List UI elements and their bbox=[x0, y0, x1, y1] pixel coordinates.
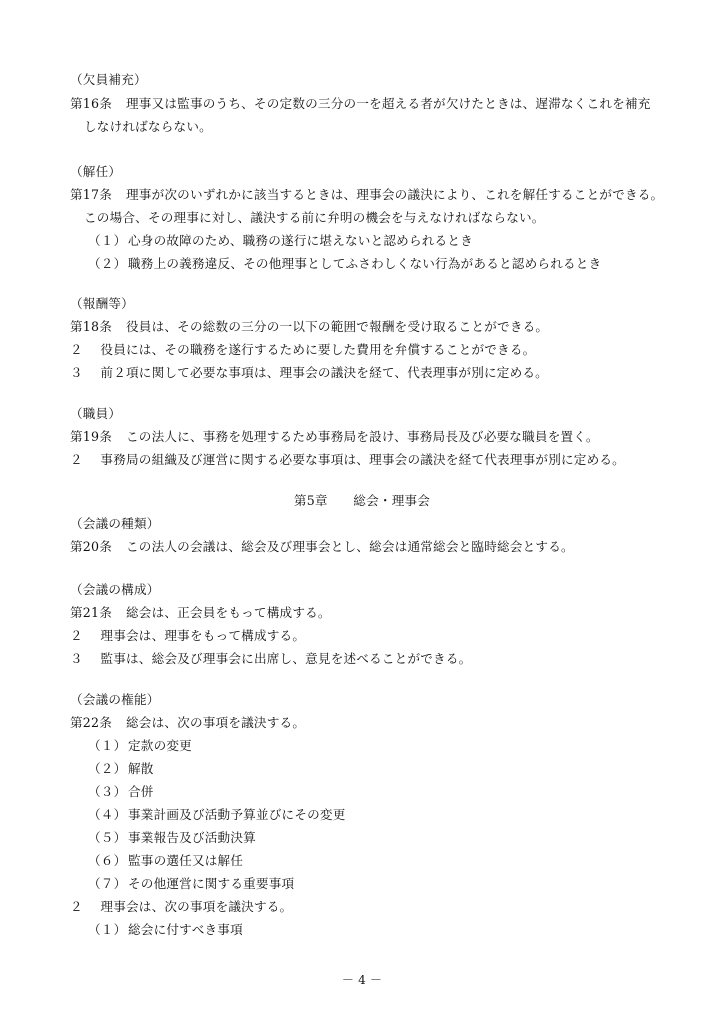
paragraph-number: ２ bbox=[70, 628, 92, 644]
list-item: （１）定款の変更 bbox=[88, 738, 192, 754]
section-heading: （欠員補充） bbox=[70, 72, 147, 88]
item-text: 事業報告及び活動決算 bbox=[128, 830, 256, 845]
item-number: （６） bbox=[88, 853, 128, 869]
item-text: 職務上の義務違反、その他理事としてふさわしくない行為があると認められるとき bbox=[128, 256, 601, 271]
article-line: 第22条総会は、次の事項を議決する。 bbox=[70, 715, 305, 731]
section-heading: （解任） bbox=[70, 164, 121, 180]
article-line: 第16条理事又は監事のうち、その定数の三分の一を超える者が欠けたときは、遅滞なく… bbox=[70, 96, 651, 112]
list-item: （６）監事の選任又は解任 bbox=[88, 853, 243, 869]
list-item: （５）事業報告及び活動決算 bbox=[88, 830, 256, 846]
article-text: 総会は、次の事項を議決する。 bbox=[126, 715, 305, 730]
article-line: 第17条理事が次のいずれかに該当するときは、理事会の議決により、これを解任するこ… bbox=[70, 187, 663, 203]
article-text: この法人の会議は、総会及び理事会とし、総会は通常総会と臨時総会とする。 bbox=[126, 539, 574, 554]
article-line: 第19条この法人に、事務を処理するため事務局を設け、事務局長及び必要な職員を置く… bbox=[70, 429, 599, 445]
item-text: 監事の選任又は解任 bbox=[128, 853, 243, 868]
item-number: （７） bbox=[88, 876, 128, 892]
article-continuation: しなければならない。 bbox=[84, 119, 212, 135]
item-text: 事業計画及び活動予算並びにその変更 bbox=[128, 807, 346, 822]
paragraph-text: 事務局の組織及び運営に関する必要な事項は、理事会の議決を経て代表理事が別に定める… bbox=[100, 452, 625, 467]
item-text: 定款の変更 bbox=[128, 738, 192, 753]
article-line: 第20条この法人の会議は、総会及び理事会とし、総会は通常総会と臨時総会とする。 bbox=[70, 539, 574, 555]
item-number: （２） bbox=[88, 761, 128, 777]
article-number: 第19条 bbox=[70, 429, 126, 445]
paragraph-number: ３ bbox=[70, 651, 92, 667]
section-heading: （会議の構成） bbox=[70, 582, 160, 598]
item-number: （５） bbox=[88, 830, 128, 846]
item-text: 心身の故障のため、職務の遂行に堪えないと認められるとき bbox=[128, 233, 473, 248]
section-heading: （職員） bbox=[70, 406, 121, 422]
article-text: 役員は、その総数の三分の一以下の範囲で報酬を受け取ることができる。 bbox=[126, 319, 548, 334]
chapter-title: 第5章 総会・理事会 bbox=[0, 493, 724, 509]
paragraph-line: ２ 役員には、その職務を遂行するために要した費用を弁償することができる。 bbox=[70, 342, 535, 358]
list-item: （３）合併 bbox=[88, 784, 154, 800]
paragraph-text: 前２項に関して必要な事項は、理事会の議決を経て、代表理事が別に定める。 bbox=[100, 365, 548, 380]
article-number: 第21条 bbox=[70, 605, 126, 621]
article-number: 第22条 bbox=[70, 715, 126, 731]
list-item: （２）解散 bbox=[88, 761, 154, 777]
paragraph-text: 理事会は、次の事項を議決する。 bbox=[100, 899, 292, 914]
item-text: 合併 bbox=[128, 784, 154, 799]
article-number: 第16条 bbox=[70, 96, 126, 112]
item-number: （３） bbox=[88, 784, 128, 800]
list-item: （２）職務上の義務違反、その他理事としてふさわしくない行為があると認められるとき bbox=[88, 256, 601, 272]
paragraph-number: ２ bbox=[70, 342, 92, 358]
section-heading: （会議の種類） bbox=[70, 516, 160, 532]
article-text: 総会は、正会員をもって構成する。 bbox=[126, 605, 331, 620]
article-line: 第18条役員は、その総数の三分の一以下の範囲で報酬を受け取ることができる。 bbox=[70, 319, 548, 335]
article-line: 第21条総会は、正会員をもって構成する。 bbox=[70, 605, 331, 621]
article-text: 理事が次のいずれかに該当するときは、理事会の議決により、これを解任することができ… bbox=[126, 187, 663, 202]
paragraph-text: 役員には、その職務を遂行するために要した費用を弁償することができる。 bbox=[100, 342, 535, 357]
item-text: 解散 bbox=[128, 761, 154, 776]
item-number: （１） bbox=[88, 922, 128, 938]
section-heading: （会議の権能） bbox=[70, 692, 160, 708]
item-text: その他運営に関する重要事項 bbox=[128, 876, 294, 891]
paragraph-line: ３ 前２項に関して必要な事項は、理事会の議決を経て、代表理事が別に定める。 bbox=[70, 365, 548, 381]
paragraph-line: ３ 監事は、総会及び理事会に出席し、意見を述べることができる。 bbox=[70, 651, 471, 667]
item-text: 総会に付すべき事項 bbox=[128, 922, 243, 937]
list-item: （１）総会に付すべき事項 bbox=[88, 922, 243, 938]
paragraph-line: ２ 理事会は、次の事項を議決する。 bbox=[70, 899, 292, 915]
paragraph-number: ２ bbox=[70, 452, 92, 468]
paragraph-line: ２ 理事会は、理事をもって構成する。 bbox=[70, 628, 305, 644]
article-text: この法人に、事務を処理するため事務局を設け、事務局長及び必要な職員を置く。 bbox=[126, 429, 599, 444]
article-number: 第17条 bbox=[70, 187, 126, 203]
article-continuation: この場合、その理事に対し、議決する前に弁明の機会を与えなければならない。 bbox=[84, 210, 545, 226]
article-text: 理事又は監事のうち、その定数の三分の一を超える者が欠けたときは、遅滞なくこれを補… bbox=[126, 96, 651, 111]
list-item: （１）心身の故障のため、職務の遂行に堪えないと認められるとき bbox=[88, 233, 473, 249]
document-page: （欠員補充） 第16条理事又は監事のうち、その定数の三分の一を超える者が欠けたと… bbox=[0, 0, 724, 1024]
article-number: 第20条 bbox=[70, 539, 126, 555]
paragraph-line: ２ 事務局の組織及び運営に関する必要な事項は、理事会の議決を経て代表理事が別に定… bbox=[70, 452, 625, 468]
item-number: （１） bbox=[88, 738, 128, 754]
paragraph-text: 理事会は、理事をもって構成する。 bbox=[100, 628, 305, 643]
item-number: （２） bbox=[88, 256, 128, 272]
item-number: （１） bbox=[88, 233, 128, 249]
paragraph-text: 監事は、総会及び理事会に出席し、意見を述べることができる。 bbox=[100, 651, 471, 666]
item-number: （４） bbox=[88, 807, 128, 823]
paragraph-number: ３ bbox=[70, 365, 92, 381]
list-item: （７）その他運営に関する重要事項 bbox=[88, 876, 294, 892]
article-number: 第18条 bbox=[70, 319, 126, 335]
section-heading: （報酬等） bbox=[70, 296, 134, 312]
list-item: （４）事業計画及び活動予算並びにその変更 bbox=[88, 807, 346, 823]
page-number: － 4 － bbox=[0, 972, 724, 988]
paragraph-number: ２ bbox=[70, 899, 92, 915]
